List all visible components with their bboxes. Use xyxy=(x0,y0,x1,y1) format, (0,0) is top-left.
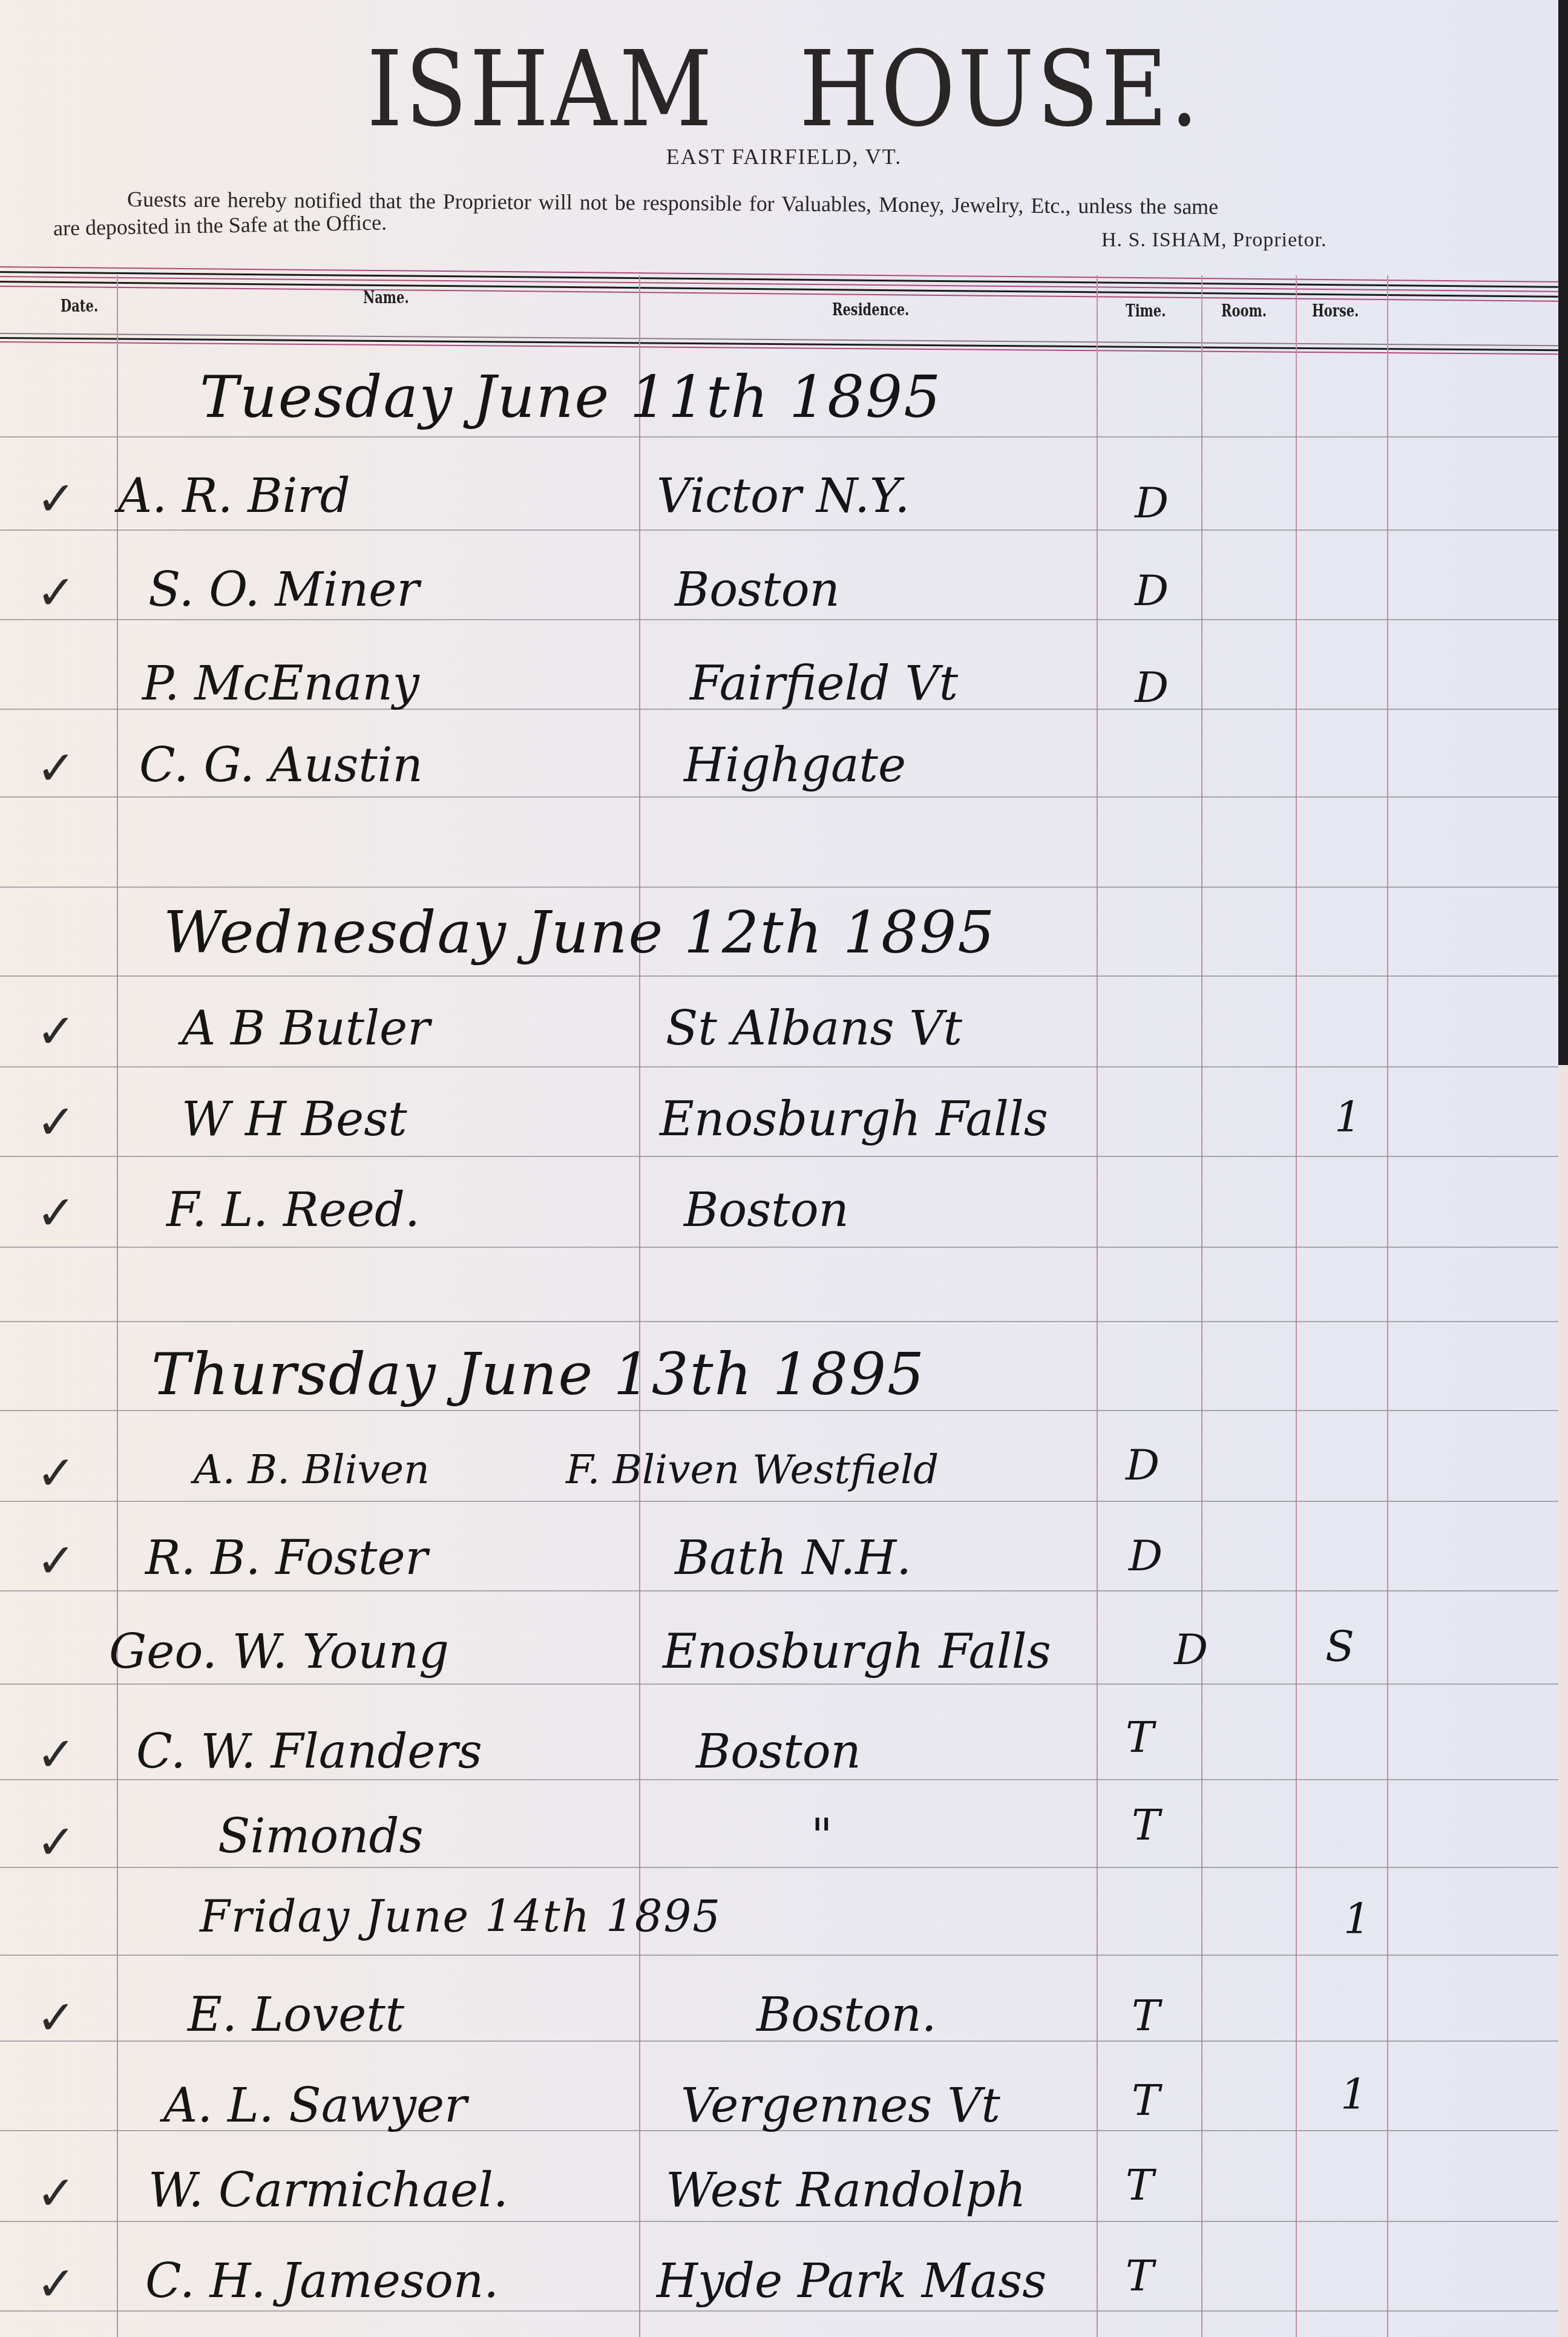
check-mark-icon: ✓ xyxy=(36,1186,76,1241)
guest-name: Simonds xyxy=(218,1809,424,1864)
header-rule-top xyxy=(0,266,1558,281)
guest-time: T xyxy=(1132,1991,1160,2040)
guest-residence: F. Bliven Westfield xyxy=(566,1446,939,1493)
ledger-line xyxy=(0,1247,1558,1248)
guest-residence: " xyxy=(811,1809,833,1864)
check-mark-icon: ✓ xyxy=(36,2257,76,2312)
guest-name: S. O. Miner xyxy=(148,563,419,617)
guest-residence: Vergennes Vt xyxy=(681,2079,1000,2133)
column-header-date: Date. xyxy=(61,295,98,316)
check-mark-icon: ✓ xyxy=(36,1534,76,1588)
location-line: EAST FAIRFIELD, VT. xyxy=(0,144,1568,169)
check-mark-icon: ✓ xyxy=(36,1815,76,1870)
guest-residence: Fairfield Vt xyxy=(690,657,958,711)
guest-residence: West Randolph xyxy=(666,2163,1026,2218)
guest-name: C. G. Austin xyxy=(139,738,423,793)
check-mark-icon: ✓ xyxy=(36,1446,76,1501)
column-header-time: Time. xyxy=(1126,300,1166,321)
guest-residence: Boston xyxy=(675,563,840,617)
column-header-name: Name. xyxy=(363,287,409,307)
ledger-line xyxy=(0,975,1558,977)
column-header-horse: Horse. xyxy=(1312,300,1359,321)
guest-name: C. H. Jameson. xyxy=(145,2254,499,2309)
check-mark-icon: ✓ xyxy=(36,566,76,620)
guest-residence: Highgate xyxy=(684,738,906,793)
guest-horse: 1 xyxy=(1343,1894,1371,1944)
header-rule-bottom xyxy=(0,333,1558,345)
ledger-line xyxy=(0,2221,1558,2222)
column-rule-name xyxy=(639,275,640,2337)
guest-residence: Boston. xyxy=(756,1988,937,2042)
guest-residence: Victor N.Y. xyxy=(657,469,910,523)
check-mark-icon: ✓ xyxy=(36,1991,76,2045)
ledger-line xyxy=(0,1321,1558,1322)
ledger-line xyxy=(0,1156,1558,1157)
day-heading-thursday: Thursday June 13th 1895 xyxy=(151,1340,925,1408)
guest-time: D xyxy=(1126,1440,1160,1490)
guest-time: T xyxy=(1126,1713,1154,1762)
ledger-line xyxy=(0,1501,1558,1502)
column-rule-time xyxy=(1201,275,1202,2337)
guest-name: W. Carmichael. xyxy=(148,2163,508,2218)
check-mark-icon: ✓ xyxy=(36,2166,76,2221)
check-mark-icon: ✓ xyxy=(36,1728,76,1782)
guest-time: D xyxy=(1135,663,1169,712)
guest-name: Geo. W. Young xyxy=(109,1625,449,1679)
column-header-room: Room. xyxy=(1221,300,1267,321)
guest-name: A. L. Sawyer xyxy=(163,2079,467,2133)
guest-name: P. McEnany xyxy=(142,657,419,711)
guest-name: F. L. Reed. xyxy=(166,1183,420,1237)
guest-time: D xyxy=(1135,566,1169,615)
guest-residence: Hyde Park Mass xyxy=(657,2254,1046,2309)
guest-name: A. B. Bliven xyxy=(194,1446,430,1493)
ledger-line xyxy=(0,1410,1558,1411)
check-mark-icon: ✓ xyxy=(36,472,76,526)
guest-name: C. W. Flanders xyxy=(136,1725,482,1779)
ledger-line xyxy=(0,1066,1558,1067)
guest-time: T xyxy=(1126,2160,1154,2210)
guest-horse: S xyxy=(1325,1622,1354,1671)
guest-horse: 1 xyxy=(1334,1092,1362,1142)
guest-residence: Enosburgh Falls xyxy=(660,1092,1048,1147)
page-edge-lower xyxy=(1557,1065,1568,2337)
ledger-line xyxy=(0,2310,1558,2312)
guest-name: A. R. Bird xyxy=(118,469,350,523)
guest-name: R. B. Foster xyxy=(145,1531,428,1585)
guest-horse: 1 xyxy=(1340,2070,1368,2119)
day-heading-friday: Friday June 14th 1895 xyxy=(200,1891,721,1942)
guest-name: A B Butler xyxy=(182,1001,430,1056)
column-rule-date xyxy=(117,275,118,2337)
ledger-line xyxy=(0,1683,1558,1685)
guest-residence: Bath N.H. xyxy=(675,1531,911,1585)
guest-time: D xyxy=(1174,1625,1208,1674)
title-word-2: HOUSE. xyxy=(799,29,1201,150)
ledger-line xyxy=(0,619,1558,620)
column-rule-horse xyxy=(1387,275,1388,2337)
guest-time: D xyxy=(1129,1531,1163,1581)
check-mark-icon: ✓ xyxy=(36,1095,76,1150)
ledger-line xyxy=(0,796,1558,798)
column-rule-residence xyxy=(1097,275,1098,2337)
guest-time: T xyxy=(1132,1800,1160,1850)
title-word-1: ISHAM xyxy=(367,29,715,150)
day-heading-wednesday: Wednesday June 12th 1895 xyxy=(163,899,996,966)
guest-time: T xyxy=(1126,2251,1154,2301)
guest-name: W H Best xyxy=(182,1092,407,1147)
ledger-line xyxy=(0,1590,1558,1591)
page-title: ISHAMHOUSE. xyxy=(0,29,1568,150)
notice-line-2: are deposited in the Safe at the Office. xyxy=(53,209,387,241)
ledger-line xyxy=(0,1955,1558,1956)
guest-residence: St Albans Vt xyxy=(666,1001,962,1056)
proprietor-signature: H. S. ISHAM, Proprietor. xyxy=(1101,229,1327,252)
guest-residence: Boston xyxy=(684,1183,849,1237)
guest-residence: Boston xyxy=(696,1725,861,1779)
guest-name: E. Lovett xyxy=(188,1988,404,2042)
ledger-line xyxy=(0,436,1558,438)
check-mark-icon: ✓ xyxy=(36,1005,76,1059)
ledger-line xyxy=(0,529,1558,531)
guest-time: D xyxy=(1135,478,1169,528)
ledger-line xyxy=(0,1779,1558,1780)
ledger-line xyxy=(0,1867,1558,1868)
column-header-residence: Residence. xyxy=(832,299,909,320)
guest-residence: Enosburgh Falls xyxy=(663,1625,1051,1679)
ledger-line xyxy=(0,887,1558,888)
guest-time: T xyxy=(1132,2076,1160,2125)
column-rule-room xyxy=(1296,275,1297,2337)
day-heading-tuesday: Tuesday June 11th 1895 xyxy=(200,363,942,431)
check-mark-icon: ✓ xyxy=(36,741,76,796)
